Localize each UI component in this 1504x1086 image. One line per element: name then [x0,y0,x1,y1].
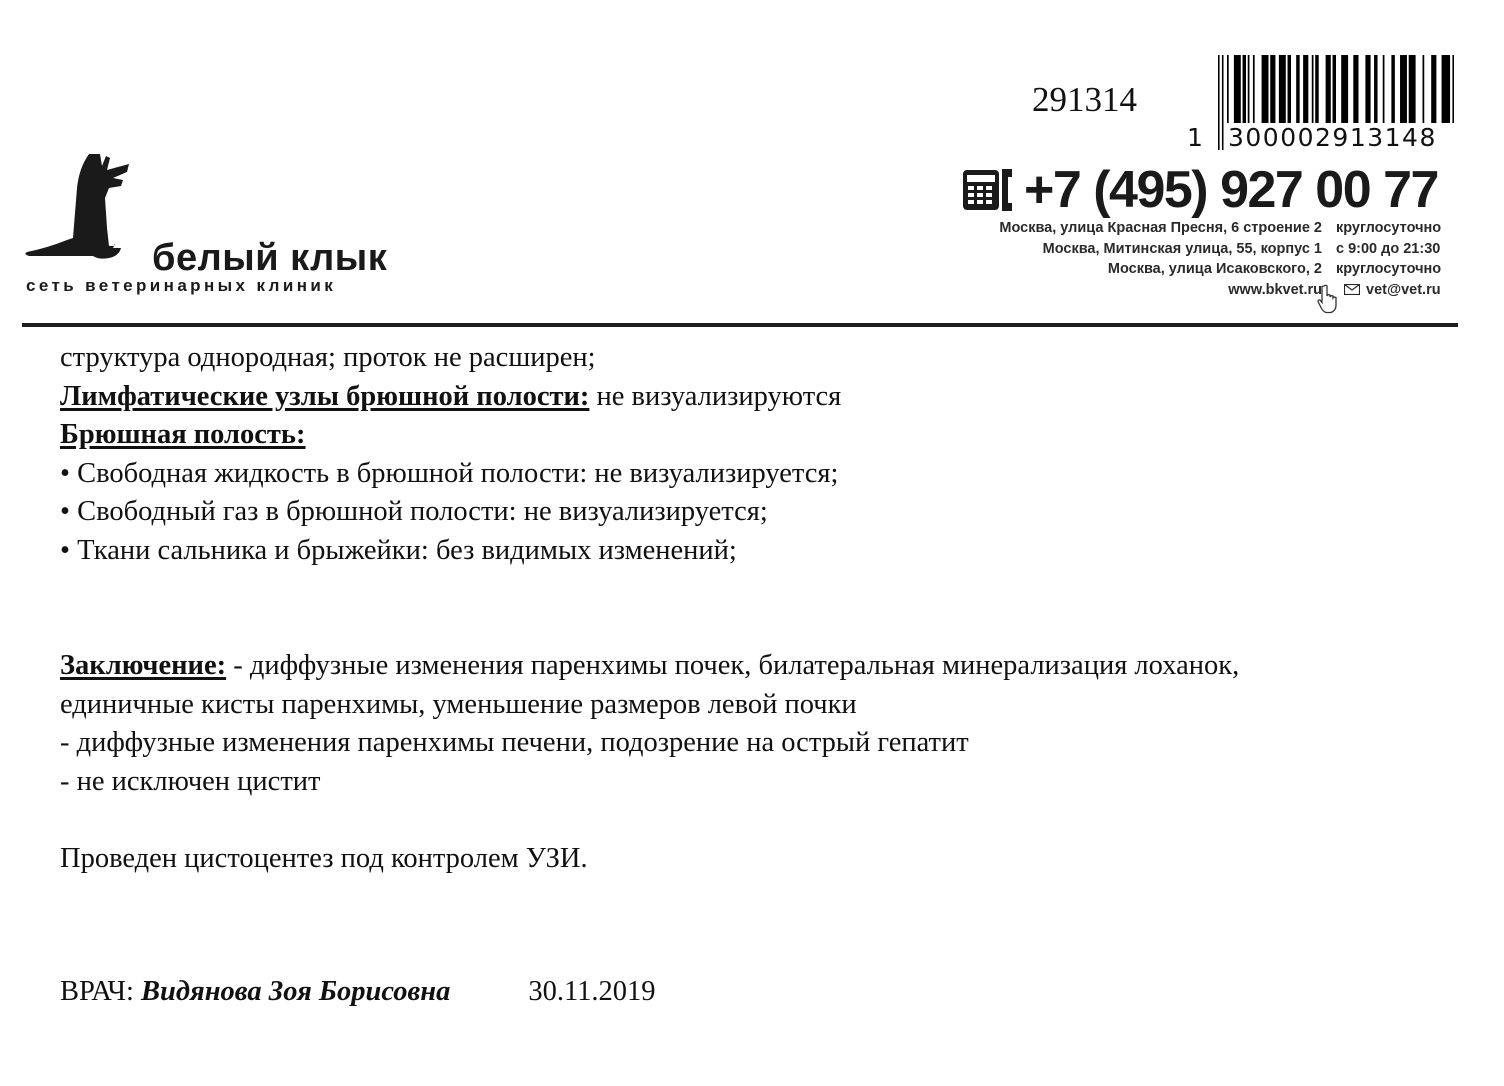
spacer [60,801,1460,840]
branch-item: Москва, Митинская улица, 55, корпус 1 с … [900,239,1458,260]
branch-address: Москва, улица Красная Пресня, 6 строение… [999,218,1322,239]
email-link[interactable]: vet@vet.ru [1366,280,1441,301]
abdominal-item: • Свободный газ в брюшной полости: не ви… [60,493,1460,532]
document-number: 291314 [1032,80,1137,120]
procedure-note: Проведен цистоцентез под контролем УЗИ. [60,840,1460,879]
dog-silhouette-icon [24,150,154,275]
mail-icon [1344,284,1360,295]
conclusion-line: Заключение: - диффузные изменения паренх… [60,647,1460,686]
conclusion-item: - диффузные изменения паренхимы печени, … [60,724,1460,763]
conclusion-first-line: - диффузные изменения паренхимы почек, б… [226,650,1239,681]
phone-icon [962,167,1014,213]
website-link[interactable]: www.bkvet.ru [1228,280,1322,301]
lymph-nodes-line: Лимфатические узлы брюшной полости: не в… [60,378,1460,417]
branch-item: Москва, улица Исаковского, 2 круглосуточ… [900,259,1458,280]
report-date: 30.11.2019 [528,976,655,1007]
report-line: структура однородная; проток не расширен… [60,339,1460,378]
phone-number[interactable]: +7 (495) 927 00 77 [1024,162,1438,218]
conclusion-item: - не исключен цистит [60,763,1460,802]
lymph-nodes-label: Лимфатические узлы брюшной полости: [60,381,589,412]
branch-list: Москва, улица Красная Пресня, 6 строение… [900,218,1458,300]
contact-row: www.bkvet.ru vet@vet.ru [900,280,1458,301]
branch-address: Москва, Митинская улица, 55, корпус 1 [1043,239,1322,260]
pointer-hand-icon [1316,284,1340,314]
branch-address: Москва, улица Исаковского, 2 [1108,259,1322,280]
branch-hours: с 9:00 до 21:30 [1336,239,1458,260]
abdominal-cavity-heading: Брюшная полость: [60,416,1460,455]
signature-line: ВРАЧ: Видянова Зоя Борисовна30.11.2019 [60,973,656,1011]
lymph-nodes-value: не визуализируются [589,381,841,412]
header-separator [22,323,1458,327]
abdominal-item: • Свободная жидкость в брюшной полости: … [60,455,1460,494]
phone-row: +7 (495) 927 00 77 [962,162,1458,218]
branch-item: Москва, улица Красная Пресня, 6 строение… [900,218,1458,239]
barcode-digits: 300002913148 [1226,123,1458,153]
doctor-name: Видянова Зоя Борисовна [141,976,450,1007]
abdominal-item: • Ткани сальника и брыжейки: без видимых… [60,532,1460,571]
report-body: структура однородная; проток не расширен… [60,339,1460,878]
branch-hours: круглосуточно [1336,218,1458,239]
logo-tagline: сеть ветеринарных клиник [26,276,336,296]
barcode-prefix: 1 [1187,123,1203,153]
clinic-logo: белый клык сеть ветеринарных клиник [24,150,394,300]
spacer [60,570,1460,647]
conclusion-item: единичные кисты паренхимы, уменьшение ра… [60,686,1460,725]
branch-hours: круглосуточно [1336,259,1458,280]
email-block: vet@vet.ru [1336,280,1458,301]
conclusion-label: Заключение: [60,650,226,681]
doctor-label: ВРАЧ: [60,976,141,1007]
abdominal-cavity-label: Брюшная полость: [60,419,306,450]
logo-name: белый клык [152,236,387,280]
